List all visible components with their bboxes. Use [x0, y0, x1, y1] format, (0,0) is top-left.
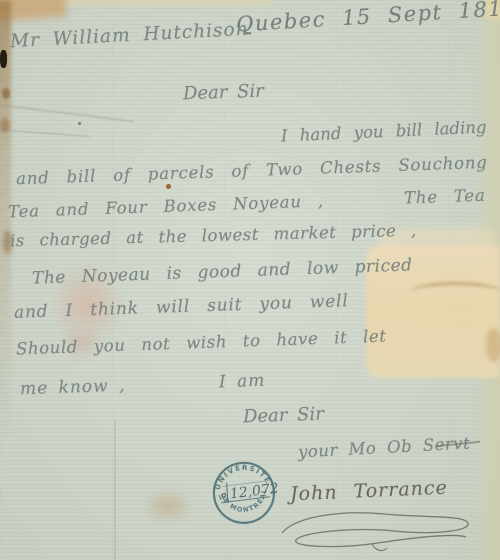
closing-line: Dear Sir [243, 406, 324, 427]
brown-spot [2, 88, 10, 99]
stamp-shelf-prefix: w [218, 492, 227, 503]
brown-spot [0, 118, 10, 133]
recipient-line: Mr William Hutchison [10, 21, 249, 52]
body-line: Tea and Four Boxes Noyeau , The Tea [8, 188, 486, 221]
letter-scan: Quebec 15 Sept 1813 Mr William Hutchison… [0, 0, 500, 560]
body-line: Should you not wish to have it let [16, 329, 387, 358]
tape-stain-blob [486, 328, 500, 362]
body-line: and I think will suit you well [14, 293, 349, 322]
body-line: me know , I am [20, 373, 266, 399]
salutation: Dear Sir [183, 83, 264, 104]
signature: John Torrance [290, 479, 449, 505]
dateline: Quebec 15 Sept 1813 [236, 0, 500, 36]
black-spot [0, 50, 7, 68]
vertical-fold-line [114, 420, 116, 560]
body-line: I hand you bill lading [281, 120, 487, 145]
tan-smudge [142, 488, 194, 524]
signature-flourish [276, 506, 478, 554]
right-edge-discoloration [470, 0, 500, 560]
closing-line: your Mo Ob Servt [298, 436, 471, 461]
top-edge-discoloration [0, 0, 270, 5]
paper-crease [0, 129, 90, 137]
body-line: and bill of parcels of Two Chests Soucho… [16, 155, 488, 188]
rust-speck [166, 184, 171, 189]
top-left-corner-stain [0, 0, 67, 22]
tape-stain-edge [410, 282, 500, 303]
body-line: is charged at the lowest market price , [10, 223, 417, 250]
paper-crease [0, 103, 135, 122]
body-line: The Noyeau is good and low priced [32, 257, 413, 287]
ink-speck [78, 122, 81, 125]
library-stamp: UNIVERSITÉ DE MONTRÉAL w 12,072 [204, 451, 298, 535]
